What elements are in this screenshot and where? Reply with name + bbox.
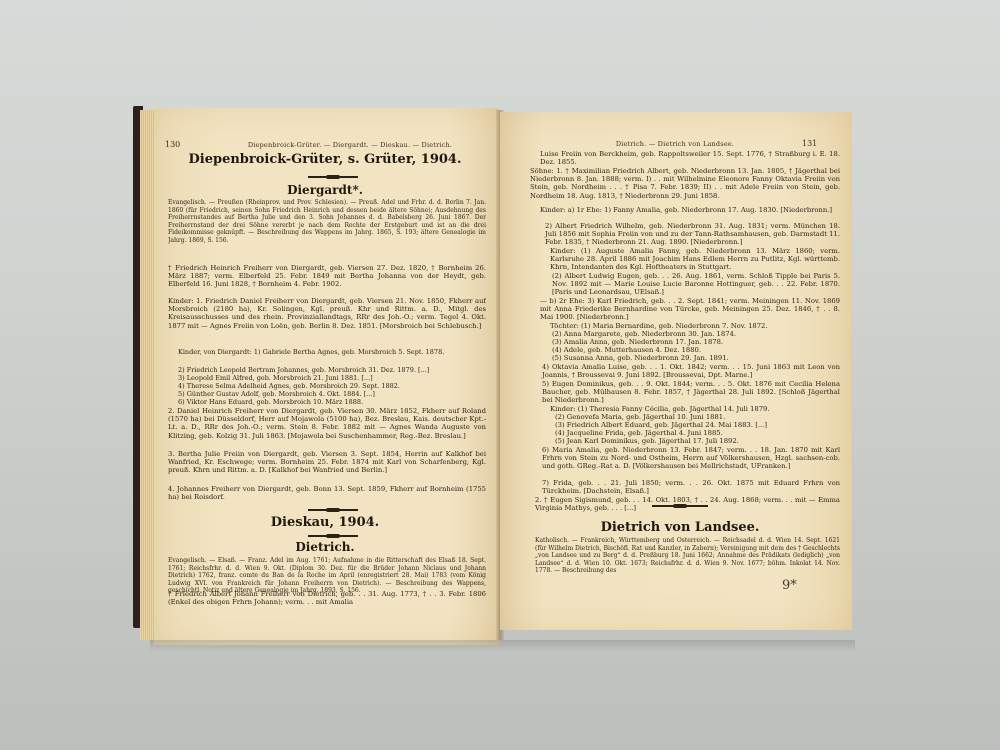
entry-oktavia: 4) Oktavia Amalia Luise, geb. . . 1. Okt…: [542, 363, 840, 379]
left-page-number: 130: [165, 140, 180, 149]
entry-auguste: Kinder: (1) Auguste Amalia Fanny, geb. N…: [550, 247, 840, 272]
entry-karl-friedrich: — b) 2r Ehe: 3) Karl Friedrich, geb. . .…: [540, 297, 840, 322]
page-stack-edge: [140, 110, 155, 640]
entry-friedrich-leopold: 2) Friedrich Leopold Bertram Johannes, g…: [178, 366, 486, 374]
diergardt-intro: Evangelisch. — Preußen (Rheinprov. und P…: [168, 199, 486, 261]
section-title-dieskau: Dieskau, 1904.: [160, 515, 490, 530]
entry-daniel-heinrich: 2. Daniel Heinrich Freiherr von Diergard…: [168, 407, 486, 449]
signature-mark: 9*: [782, 578, 797, 593]
entry-adele: (4) Adele, geb. Mutterhausen 4. Dez. 188…: [552, 346, 840, 354]
section-divider: [652, 505, 708, 507]
section-title-diergardt: Diergardt*.: [160, 183, 490, 197]
entry-guenther: 5) Günther Gustav Adolf, geb. Morsbroich…: [178, 390, 486, 398]
entry-friedrich-heinrich: † Friedrich Heinrich Freiherr von Dierga…: [168, 264, 486, 289]
section-title-dietrich-von-landsee: Dietrich von Landsee.: [510, 520, 850, 535]
section-title-dietrich: Dietrich.: [160, 540, 490, 554]
left-running-header: Diepenbroick-Grüter. — Diergardt. — Dies…: [215, 141, 485, 149]
entry-susanna: (5) Susanna Anna, geb. Niederbronn 29. J…: [552, 354, 840, 362]
entry-johannes: 4. Johannes Freiherr von Diergardt, geb.…: [168, 485, 486, 501]
section-divider: [308, 176, 358, 178]
entry-friedrich-daniel: Kinder: 1. Friedrich Daniel Freiherr von…: [168, 297, 486, 347]
right-running-header: Dietrich. — Dietrich von Landsee.: [560, 140, 790, 148]
entry-amalia-anna: (3) Amalia Anna, geb. Niederbronn 17. Ja…: [552, 338, 840, 346]
entry-luise-berckheim: Luise Freiin von Berckheim, geb. Rappolt…: [540, 150, 840, 166]
book-shadow: [150, 640, 855, 652]
entry-genovefa: (2) Genovefa Maria, geb. Jägerthal 10. J…: [555, 413, 840, 421]
landsee-intro: Katholisch. — Frankreich, Württemberg un…: [535, 537, 840, 575]
entry-friedrich-albert-eduard: (3) Friedrich Albert Eduard, geb. Jägert…: [555, 421, 840, 429]
entry-albert-friedrich: 2) Albert Friedrich Wilhelm, geb. Nieder…: [545, 222, 840, 247]
section-title-diepenbroick: Diepenbroick-Grüter, s. Grüter, 1904.: [160, 152, 490, 167]
entry-jean-karl: (5) Jean Karl Dominikus, geb. Jägerthal …: [555, 437, 840, 445]
entry-maria-bernardine: Töchter: (1) Maria Bernardine, geb. Nied…: [550, 322, 840, 330]
open-book: 130 Diepenbroick-Grüter. — Diergardt. — …: [0, 0, 1000, 750]
section-divider: [308, 535, 358, 537]
entry-gabriele: Kinder, von Diergardt: 1) Gabriele Berth…: [178, 348, 486, 356]
entry-eugen-dominikus: 5) Eugen Dominikus, geb. . . 9. Okt. 184…: [542, 380, 840, 405]
entry-therese: 4) Therese Selma Adelheid Agnes, geb. Mo…: [178, 382, 486, 390]
entry-albert-ludwig: (2) Albert Ludwig Eugen, geb. . . 26. Au…: [552, 272, 840, 297]
entry-frida: 7) Frida, geb. . . 21. Juli 1850; verm. …: [542, 479, 840, 495]
entry-leopold: 3) Leopold Emil Alfred, geb. Morsbroich …: [178, 374, 486, 382]
entry-viktor: 6) Viktor Hans Eduard, geb. Morsbroich 1…: [178, 398, 486, 406]
entry-jacqueline: (4) Jacqueline Frida, geb. Jägerthal 4. …: [555, 429, 840, 437]
entry-theresia: Kinder: (1) Theresia Fanny Cécilia, geb.…: [550, 405, 840, 413]
entry-anna-margarete: (2) Anna Margarete, geb. Niederbronn 30.…: [552, 330, 840, 338]
entry-friedrich-albert-johann: † Friedrich Albert Johann Freiherr von D…: [168, 590, 486, 606]
entry-kinder-fanny: Kinder: a) 1r Ehe: 1) Fanny Amalia, geb.…: [540, 206, 840, 214]
section-divider: [308, 509, 358, 511]
entry-bertha-julie: 3. Bertha Julie Freiin von Diergardt, ge…: [168, 450, 486, 484]
entry-maria-amalia: 6) Maria Amalia, geb. Niederbronn 13. Fe…: [542, 446, 840, 471]
right-page-number: 131: [802, 139, 817, 148]
